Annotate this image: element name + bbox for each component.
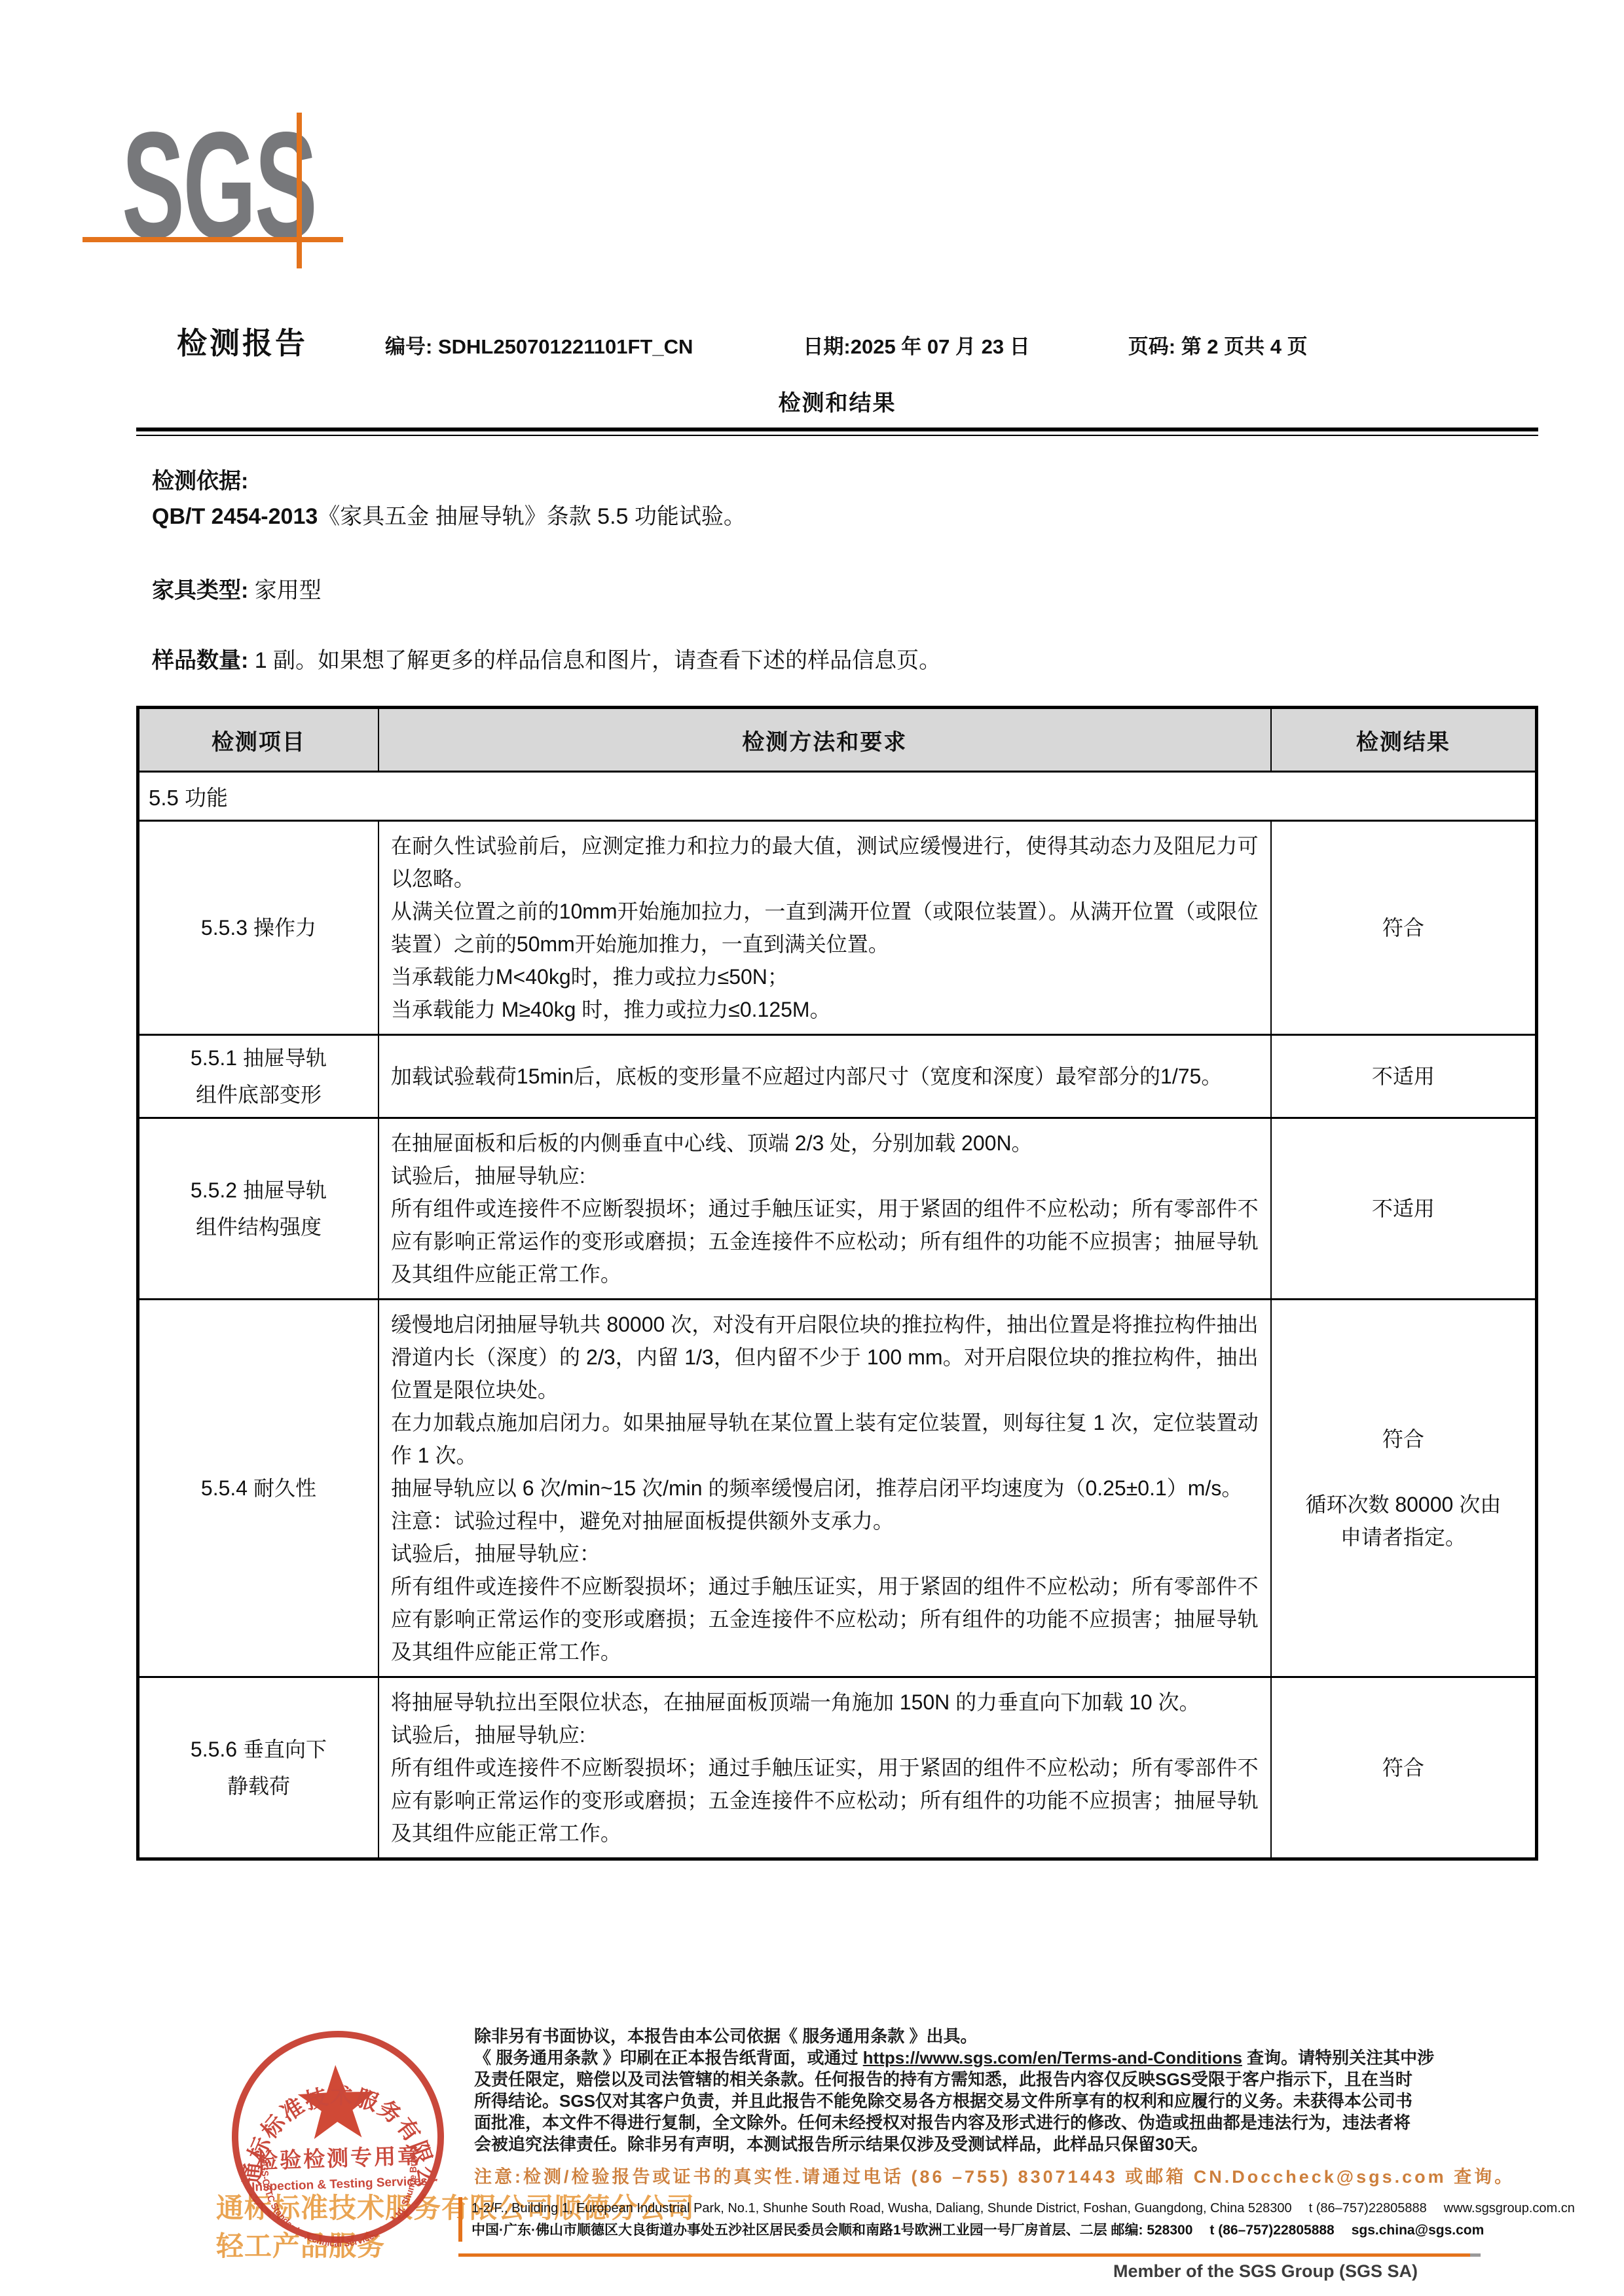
stamp-title-en: Inspection & Testing Services bbox=[251, 2174, 428, 2194]
furniture-type-value: 家用型 bbox=[255, 578, 322, 603]
col-header-item: 检测项目 bbox=[138, 708, 378, 772]
inspection-seal-stamp: 通标标准技术服务有限公司顺德分公司 SGS-CSTC Standards Tec… bbox=[223, 2022, 453, 2252]
authenticity-notice-tail: 查询。 bbox=[1447, 2167, 1515, 2187]
sample-quantity: 样品数量: 1 副。如果想了解更多的样品信息和图片，请查看下述的样品信息页。 bbox=[152, 642, 1538, 674]
standard-code: QB/T 2454-2013 bbox=[152, 504, 318, 529]
test-result: 符合 bbox=[1271, 821, 1537, 1035]
table-row: 5.5.3 操作力 在耐久性试验前后，应测定推力和拉力的最大值，测试应缓慢进行，… bbox=[138, 821, 1537, 1035]
disclaimer-line: 《 服务通用条款 》印刷在正本报告纸背面，或通过 https://www.sgs… bbox=[474, 2047, 1411, 2069]
authenticity-notice: 注意:检测/检验报告或证书的真实性.请通过电话 (86 –755) 830714… bbox=[474, 2162, 1443, 2188]
page-number-label: 页码: bbox=[1128, 335, 1175, 358]
table-row: 5.5.4 耐久性 缓慢地启闭抽屉导轨共 80000 次，对没有开启限位块的推拉… bbox=[138, 1300, 1537, 1677]
logo-horizontal-line bbox=[83, 237, 343, 242]
test-item: 5.5.6 垂直向下 静载荷 bbox=[138, 1677, 378, 1859]
disclaimer-text: 除非另有书面协议，本报告由本公司依据《 服务通用条款 》出具。 《 服务通用条款… bbox=[474, 2026, 1411, 2155]
report-date: 日期:2025 年 07 月 23 日 bbox=[803, 330, 1029, 359]
logo-vertical-line bbox=[297, 113, 302, 268]
table-row: 5.5.2 抽屉导轨 组件结构强度 在抽屉面板和后板的内侧垂直中心线、顶端 2/… bbox=[138, 1118, 1537, 1300]
section-label: 5.5 功能 bbox=[138, 772, 1537, 821]
address-line-en: 1-2/F., Building 1, European Industrial … bbox=[471, 2197, 1408, 2219]
table-header-row: 检测项目 检测方法和要求 检测结果 bbox=[138, 708, 1537, 772]
disclaimer-line: 除非另有书面协议，本报告由本公司依据《 服务通用条款 》出具。 bbox=[474, 2026, 1411, 2047]
test-basis-value: QB/T 2454-2013《家具五金 抽屉导轨》条款 5.5 功能试验。 bbox=[152, 499, 1538, 534]
disclaimer-line: 会被追究法律责任。除非另有声明，本测试报告所示结果仅涉及受测试样品，此样品只保留… bbox=[474, 2134, 1411, 2155]
test-method: 加载试验载荷15min后，底板的变形量不应超过内部尺寸（宽度和深度）最窄部分的1… bbox=[378, 1035, 1271, 1118]
furniture-type-label: 家具类型: bbox=[152, 578, 248, 603]
disclaimer-line-pre: 《 服务通用条款 》印刷在正本报告纸背面，或通过 bbox=[474, 2048, 863, 2068]
test-result: 符合 bbox=[1271, 1677, 1537, 1859]
disclaimer-line: 面批准，本文件不得进行复制，全文除外。任何未经授权对报告内容及形式进行的修改、伪… bbox=[474, 2112, 1411, 2134]
footer-orange-divider bbox=[458, 2253, 1470, 2257]
test-method: 将抽屉导轨拉出至限位状态，在抽屉面板顶端一角施加 150N 的力垂直向下加载 1… bbox=[378, 1677, 1271, 1859]
test-result: 符合 循环次数 80000 次由 申请者指定。 bbox=[1271, 1300, 1537, 1677]
address-line-cn: 中国·广东·佛山市顺德区大良街道办事处五沙社区居民委员会顺和南路1号欧洲工业园一… bbox=[471, 2219, 1408, 2242]
disclaimer-line: 及责任限定，赔偿以及司法管辖的相关条款。任何报告的持有方需知悉，此报告内容仅反映… bbox=[474, 2069, 1411, 2090]
header-divider bbox=[136, 428, 1538, 436]
company-address-block: 1-2/F., Building 1, European Industrial … bbox=[458, 2197, 1408, 2242]
sgs-group-member-line: Member of the SGS Group (SGS SA) bbox=[1113, 2261, 1408, 2282]
section-title-results: 检测和结果 bbox=[136, 385, 1538, 417]
address-cn-text: 中国·广东·佛山市顺德区大良街道办事处五沙社区居民委员会顺和南路1号欧洲工业园一… bbox=[471, 2223, 1192, 2238]
terms-and-conditions-link[interactable]: https://www.sgs.com/en/Terms-and-Conditi… bbox=[863, 2048, 1242, 2068]
results-table: 检测项目 检测方法和要求 检测结果 5.5 功能 5.5.3 操作力 在耐久性试… bbox=[136, 706, 1538, 1861]
page-number-value: 第 2 页共 4 页 bbox=[1181, 335, 1308, 358]
table-row: 5.5.1 抽屉导轨 组件底部变形 加载试验载荷15min后，底板的变形量不应超… bbox=[138, 1035, 1537, 1118]
report-page: SGS 检测报告 编号: SDHL250701221101FT_CN 日期:20… bbox=[0, 0, 1624, 2296]
page-number: 页码: 第 2 页共 4 页 bbox=[1128, 330, 1308, 359]
standard-text: 《家具五金 抽屉导轨》条款 5.5 功能试验。 bbox=[318, 504, 746, 529]
sgs-website-link[interactable]: www.sgsgroup.com.cn bbox=[1444, 2201, 1575, 2215]
address-en-tel: t (86–757)22805888 bbox=[1309, 2201, 1427, 2215]
table-row: 5.5.6 垂直向下 静载荷 将抽屉导轨拉出至限位状态，在抽屉面板顶端一角施加 … bbox=[138, 1677, 1537, 1859]
report-number: 编号: SDHL250701221101FT_CN bbox=[385, 330, 693, 359]
test-method: 在耐久性试验前后，应测定推力和拉力的最大值，测试应缓慢进行，使得其动态力及阻尼力… bbox=[378, 821, 1271, 1035]
test-item: 5.5.2 抽屉导轨 组件结构强度 bbox=[138, 1118, 378, 1300]
report-number-label: 编号: bbox=[385, 335, 432, 358]
disclaimer-line-post: 查询。请特别关注其中涉 bbox=[1242, 2048, 1434, 2068]
test-method: 缓慢地启闭抽屉导轨共 80000 次，对没有开启限位块的推拉构件，抽出位置是将推… bbox=[378, 1300, 1271, 1677]
address-en-text: 1-2/F., Building 1, European Industrial … bbox=[471, 2201, 1292, 2215]
col-header-result: 检测结果 bbox=[1271, 708, 1537, 772]
test-item: 5.5.1 抽屉导轨 组件底部变形 bbox=[138, 1035, 378, 1118]
furniture-type: 家具类型: 家用型 bbox=[152, 572, 1538, 604]
disclaimer-line: 所得结论。SGS仅对其客户负责，并且此报告不能免除交易各方根据交易文件所享有的权… bbox=[474, 2090, 1411, 2112]
report-date-value: 2025 年 07 月 23 日 bbox=[851, 335, 1030, 358]
report-info: 检测依据: QB/T 2454-2013《家具五金 抽屉导轨》条款 5.5 功能… bbox=[136, 464, 1538, 674]
col-header-method: 检测方法和要求 bbox=[378, 708, 1271, 772]
report-number-value: SDHL250701221101FT_CN bbox=[438, 335, 693, 358]
doccheck-email-link[interactable]: CN.Doccheck@sgs.com bbox=[1194, 2167, 1447, 2187]
table-section-row: 5.5 功能 bbox=[138, 772, 1537, 821]
test-method: 在抽屉面板和后板的内侧垂直中心线、顶端 2/3 处，分别加载 200N。 试验后… bbox=[378, 1118, 1271, 1300]
sample-quantity-label: 样品数量: bbox=[152, 648, 248, 673]
authenticity-notice-text: 注意:检测/检验报告或证书的真实性.请通过电话 (86 –755) 830714… bbox=[474, 2167, 1194, 2187]
page-title: 检测报告 bbox=[177, 319, 308, 363]
test-result: 不适用 bbox=[1271, 1118, 1537, 1300]
footer-divider-tick bbox=[1470, 2253, 1481, 2257]
sgs-logo: SGS bbox=[0, 0, 524, 288]
test-item: 5.5.4 耐久性 bbox=[138, 1300, 378, 1677]
sample-quantity-value: 1 副。如果想了解更多的样品信息和图片，请查看下述的样品信息页。 bbox=[255, 648, 941, 673]
test-result: 不适用 bbox=[1271, 1035, 1537, 1118]
test-basis-label: 检测依据: bbox=[152, 464, 1538, 499]
report-date-label: 日期: bbox=[803, 335, 850, 358]
address-cn-tel: t (86–757)22805888 bbox=[1209, 2223, 1334, 2238]
stamp-title-cn: 检验检测专用章 bbox=[256, 2143, 422, 2174]
sgs-china-email-link[interactable]: sgs.china@sgs.com bbox=[1352, 2223, 1485, 2238]
test-item: 5.5.3 操作力 bbox=[138, 821, 378, 1035]
